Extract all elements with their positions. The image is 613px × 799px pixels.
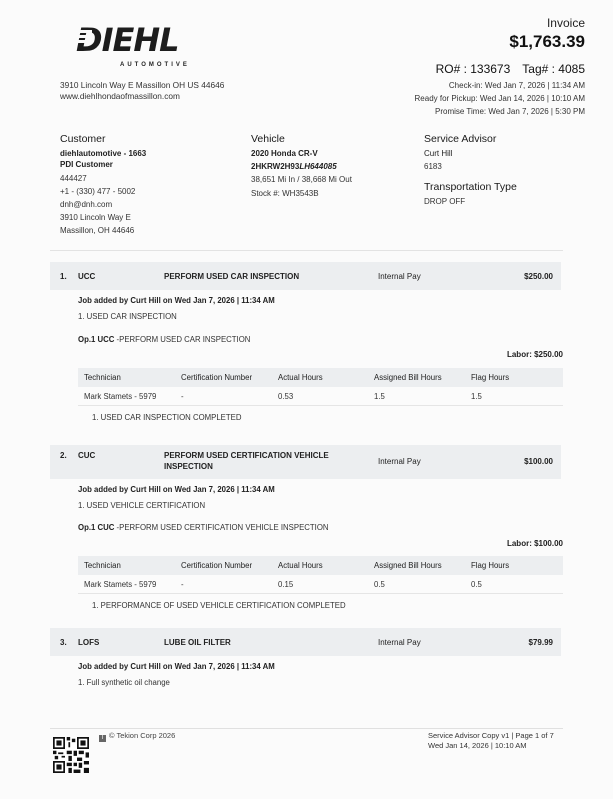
customer-id: 444427 xyxy=(60,172,146,185)
job-pay-type: Internal Pay xyxy=(378,272,421,281)
table-row: Mark Stamets - 5979 - 0.53 1.5 1.5 xyxy=(78,387,563,406)
job-number: 1. xyxy=(60,272,67,281)
job-title: PERFORM USED CAR INSPECTION xyxy=(164,271,354,282)
job-amount: $100.00 xyxy=(524,457,553,466)
page-info: Service Advisor Copy v1 | Page 1 of 7 We… xyxy=(428,731,554,751)
job-code: UCC xyxy=(78,272,95,281)
col-flag-hours: Flag Hours xyxy=(471,373,509,382)
job-title: PERFORM USED CERTIFICATION VEHICLE INSPE… xyxy=(164,450,354,472)
technician-table-header: Technician Certification Number Actual H… xyxy=(78,368,563,387)
copy-page-info: Service Advisor Copy v1 | Page 1 of 7 xyxy=(428,731,554,741)
job-labor-total: Labor: $100.00 xyxy=(507,539,563,548)
vehicle-stock: Stock #: WH3543B xyxy=(251,187,361,200)
job-operation: Op.1 CUC -PERFORM USED CERTIFICATION VEH… xyxy=(78,523,329,532)
job-pay-type: Internal Pay xyxy=(378,638,421,647)
technician-table: Technician Certification Number Actual H… xyxy=(78,368,563,406)
job-amount: $79.99 xyxy=(529,638,553,647)
job-concern: 1. Full synthetic oil change xyxy=(78,678,170,687)
col-technician: Technician xyxy=(84,561,121,570)
vin-prefix: 2HKRW2H93 xyxy=(251,162,299,171)
promise-time: Promise Time: Wed Jan 7, 2026 | 5:30 PM xyxy=(415,105,585,118)
vehicle-model: 2020 Honda CR-V xyxy=(251,147,361,160)
job-number: 3. xyxy=(60,638,67,647)
cell-bill-hours: 0.5 xyxy=(374,580,385,589)
transport-heading: Transportation Type xyxy=(424,181,517,194)
col-bill-hours: Assigned Bill Hours xyxy=(374,561,442,570)
check-in-time: Check-in: Wed Jan 7, 2026 | 11:34 AM xyxy=(415,79,585,92)
vehicle-vin: 2HKRW2H93LH644085 xyxy=(251,160,361,173)
vehicle-block: Vehicle 2020 Honda CR-V 2HKRW2H93LH64408… xyxy=(251,133,361,200)
customer-city: Massillon, OH 44646 xyxy=(60,224,146,237)
job-header-3: 3. LOFS LUBE OIL FILTER Internal Pay $79… xyxy=(50,628,561,656)
cell-actual-hours: 0.15 xyxy=(278,580,293,589)
ro-number: RO# : 133673 xyxy=(436,62,511,76)
customer-type: PDI Customer xyxy=(60,160,146,170)
technician-note: 1. PERFORMANCE OF USED VEHICLE CERTIFICA… xyxy=(92,601,346,610)
customer-phone: +1 - (330) 477 - 5002 xyxy=(60,185,146,198)
job-header-1: 1. UCC PERFORM USED CAR INSPECTION Inter… xyxy=(50,262,561,290)
job-labor-total: Labor: $250.00 xyxy=(507,350,563,359)
invoice-total: $1,763.39 xyxy=(415,32,585,52)
table-row: Mark Stamets - 5979 - 0.15 0.5 0.5 xyxy=(78,575,563,594)
qr-code-icon xyxy=(53,737,89,773)
customer-street: 3910 Lincoln Way E xyxy=(60,211,146,224)
printed-timestamp: Wed Jan 14, 2026 | 10:10 AM xyxy=(428,741,554,751)
advisor-block: Service Advisor Curt Hill 6183 Transport… xyxy=(424,133,517,208)
job-added-by: Job added by Curt Hill on Wed Jan 7, 202… xyxy=(78,485,275,494)
cell-certification: - xyxy=(181,392,184,401)
dealer-address-block: 3910 Lincoln Way E Massillon OH US 44646… xyxy=(60,80,224,102)
op-description: -PERFORM USED CAR INSPECTION xyxy=(114,335,250,344)
ro-tag-line: RO# : 133673Tag# : 4085 xyxy=(415,62,585,76)
job-number: 2. xyxy=(60,451,67,460)
cell-bill-hours: 1.5 xyxy=(374,392,385,401)
op-code: Op.1 UCC xyxy=(78,335,114,344)
job-concern: 1. USED CAR INSPECTION xyxy=(78,312,177,321)
dealer-logo: DIEHL AUTOMOTIVE xyxy=(70,24,190,68)
customer-name: diehlautomotive - 1663 xyxy=(60,147,146,160)
cell-certification: - xyxy=(181,580,184,589)
customer-heading: Customer xyxy=(60,133,146,146)
cell-flag-hours: 0.5 xyxy=(471,580,482,589)
advisor-heading: Service Advisor xyxy=(424,133,517,146)
tekion-copyright: T© Tekion Corp 2026 xyxy=(99,731,175,742)
op-code: Op.1 CUC xyxy=(78,523,114,532)
job-code: CUC xyxy=(78,451,95,460)
dealer-website[interactable]: www.diehlhondaofmassillon.com xyxy=(60,91,224,102)
section-divider xyxy=(50,250,563,251)
invoice-label: Invoice xyxy=(415,16,585,30)
col-bill-hours: Assigned Bill Hours xyxy=(374,373,442,382)
vin-suffix: LH644085 xyxy=(299,162,336,171)
ready-for-pickup-time: Ready for Pickup: Wed Jan 14, 2026 | 10:… xyxy=(415,92,585,105)
job-pay-type: Internal Pay xyxy=(378,457,421,466)
cell-technician: Mark Stamets - 5979 xyxy=(84,580,156,589)
job-concern: 1. USED VEHICLE CERTIFICATION xyxy=(78,501,205,510)
vehicle-mileage: 38,651 Mi In / 38,668 Mi Out xyxy=(251,175,361,185)
job-title: LUBE OIL FILTER xyxy=(164,637,354,648)
advisor-name: Curt Hill xyxy=(424,147,517,160)
cell-flag-hours: 1.5 xyxy=(471,392,482,401)
copyright-text: © Tekion Corp 2026 xyxy=(109,731,175,740)
tekion-logo-icon: T xyxy=(99,735,106,742)
job-added-by: Job added by Curt Hill on Wed Jan 7, 202… xyxy=(78,662,275,671)
logo-speed-stripes-icon xyxy=(70,30,92,50)
customer-email: dnh@dnh.com xyxy=(60,198,146,211)
technician-note: 1. USED CAR INSPECTION COMPLETED xyxy=(92,413,241,422)
col-technician: Technician xyxy=(84,373,121,382)
col-certification: Certification Number xyxy=(181,561,252,570)
dealer-address: 3910 Lincoln Way E Massillon OH US 44646 xyxy=(60,80,224,91)
transport-type: DROP OFF xyxy=(424,195,517,208)
job-code: LOFS xyxy=(78,638,99,647)
technician-table: Technician Certification Number Actual H… xyxy=(78,556,563,594)
col-actual-hours: Actual Hours xyxy=(278,561,323,570)
advisor-number: 6183 xyxy=(424,160,517,173)
col-flag-hours: Flag Hours xyxy=(471,561,509,570)
job-amount: $250.00 xyxy=(524,272,553,281)
job-operation: Op.1 UCC -PERFORM USED CAR INSPECTION xyxy=(78,335,250,344)
customer-block: Customer diehlautomotive - 1663 PDI Cust… xyxy=(60,133,146,237)
technician-table-header: Technician Certification Number Actual H… xyxy=(78,556,563,575)
tag-number: Tag# : 4085 xyxy=(522,62,585,76)
logo-subtitle: AUTOMOTIVE xyxy=(70,62,190,68)
vehicle-heading: Vehicle xyxy=(251,133,361,146)
invoice-dates: Check-in: Wed Jan 7, 2026 | 11:34 AM Rea… xyxy=(415,79,585,118)
invoice-summary: Invoice $1,763.39 RO# : 133673Tag# : 408… xyxy=(415,16,585,118)
cell-actual-hours: 0.53 xyxy=(278,392,293,401)
col-actual-hours: Actual Hours xyxy=(278,373,323,382)
op-description: -PERFORM USED CERTIFICATION VEHICLE INSP… xyxy=(114,523,328,532)
footer-divider xyxy=(50,728,563,729)
job-header-2: 2. CUC PERFORM USED CERTIFICATION VEHICL… xyxy=(50,445,561,479)
job-added-by: Job added by Curt Hill on Wed Jan 7, 202… xyxy=(78,296,275,305)
col-certification: Certification Number xyxy=(181,373,252,382)
cell-technician: Mark Stamets - 5979 xyxy=(84,392,156,401)
